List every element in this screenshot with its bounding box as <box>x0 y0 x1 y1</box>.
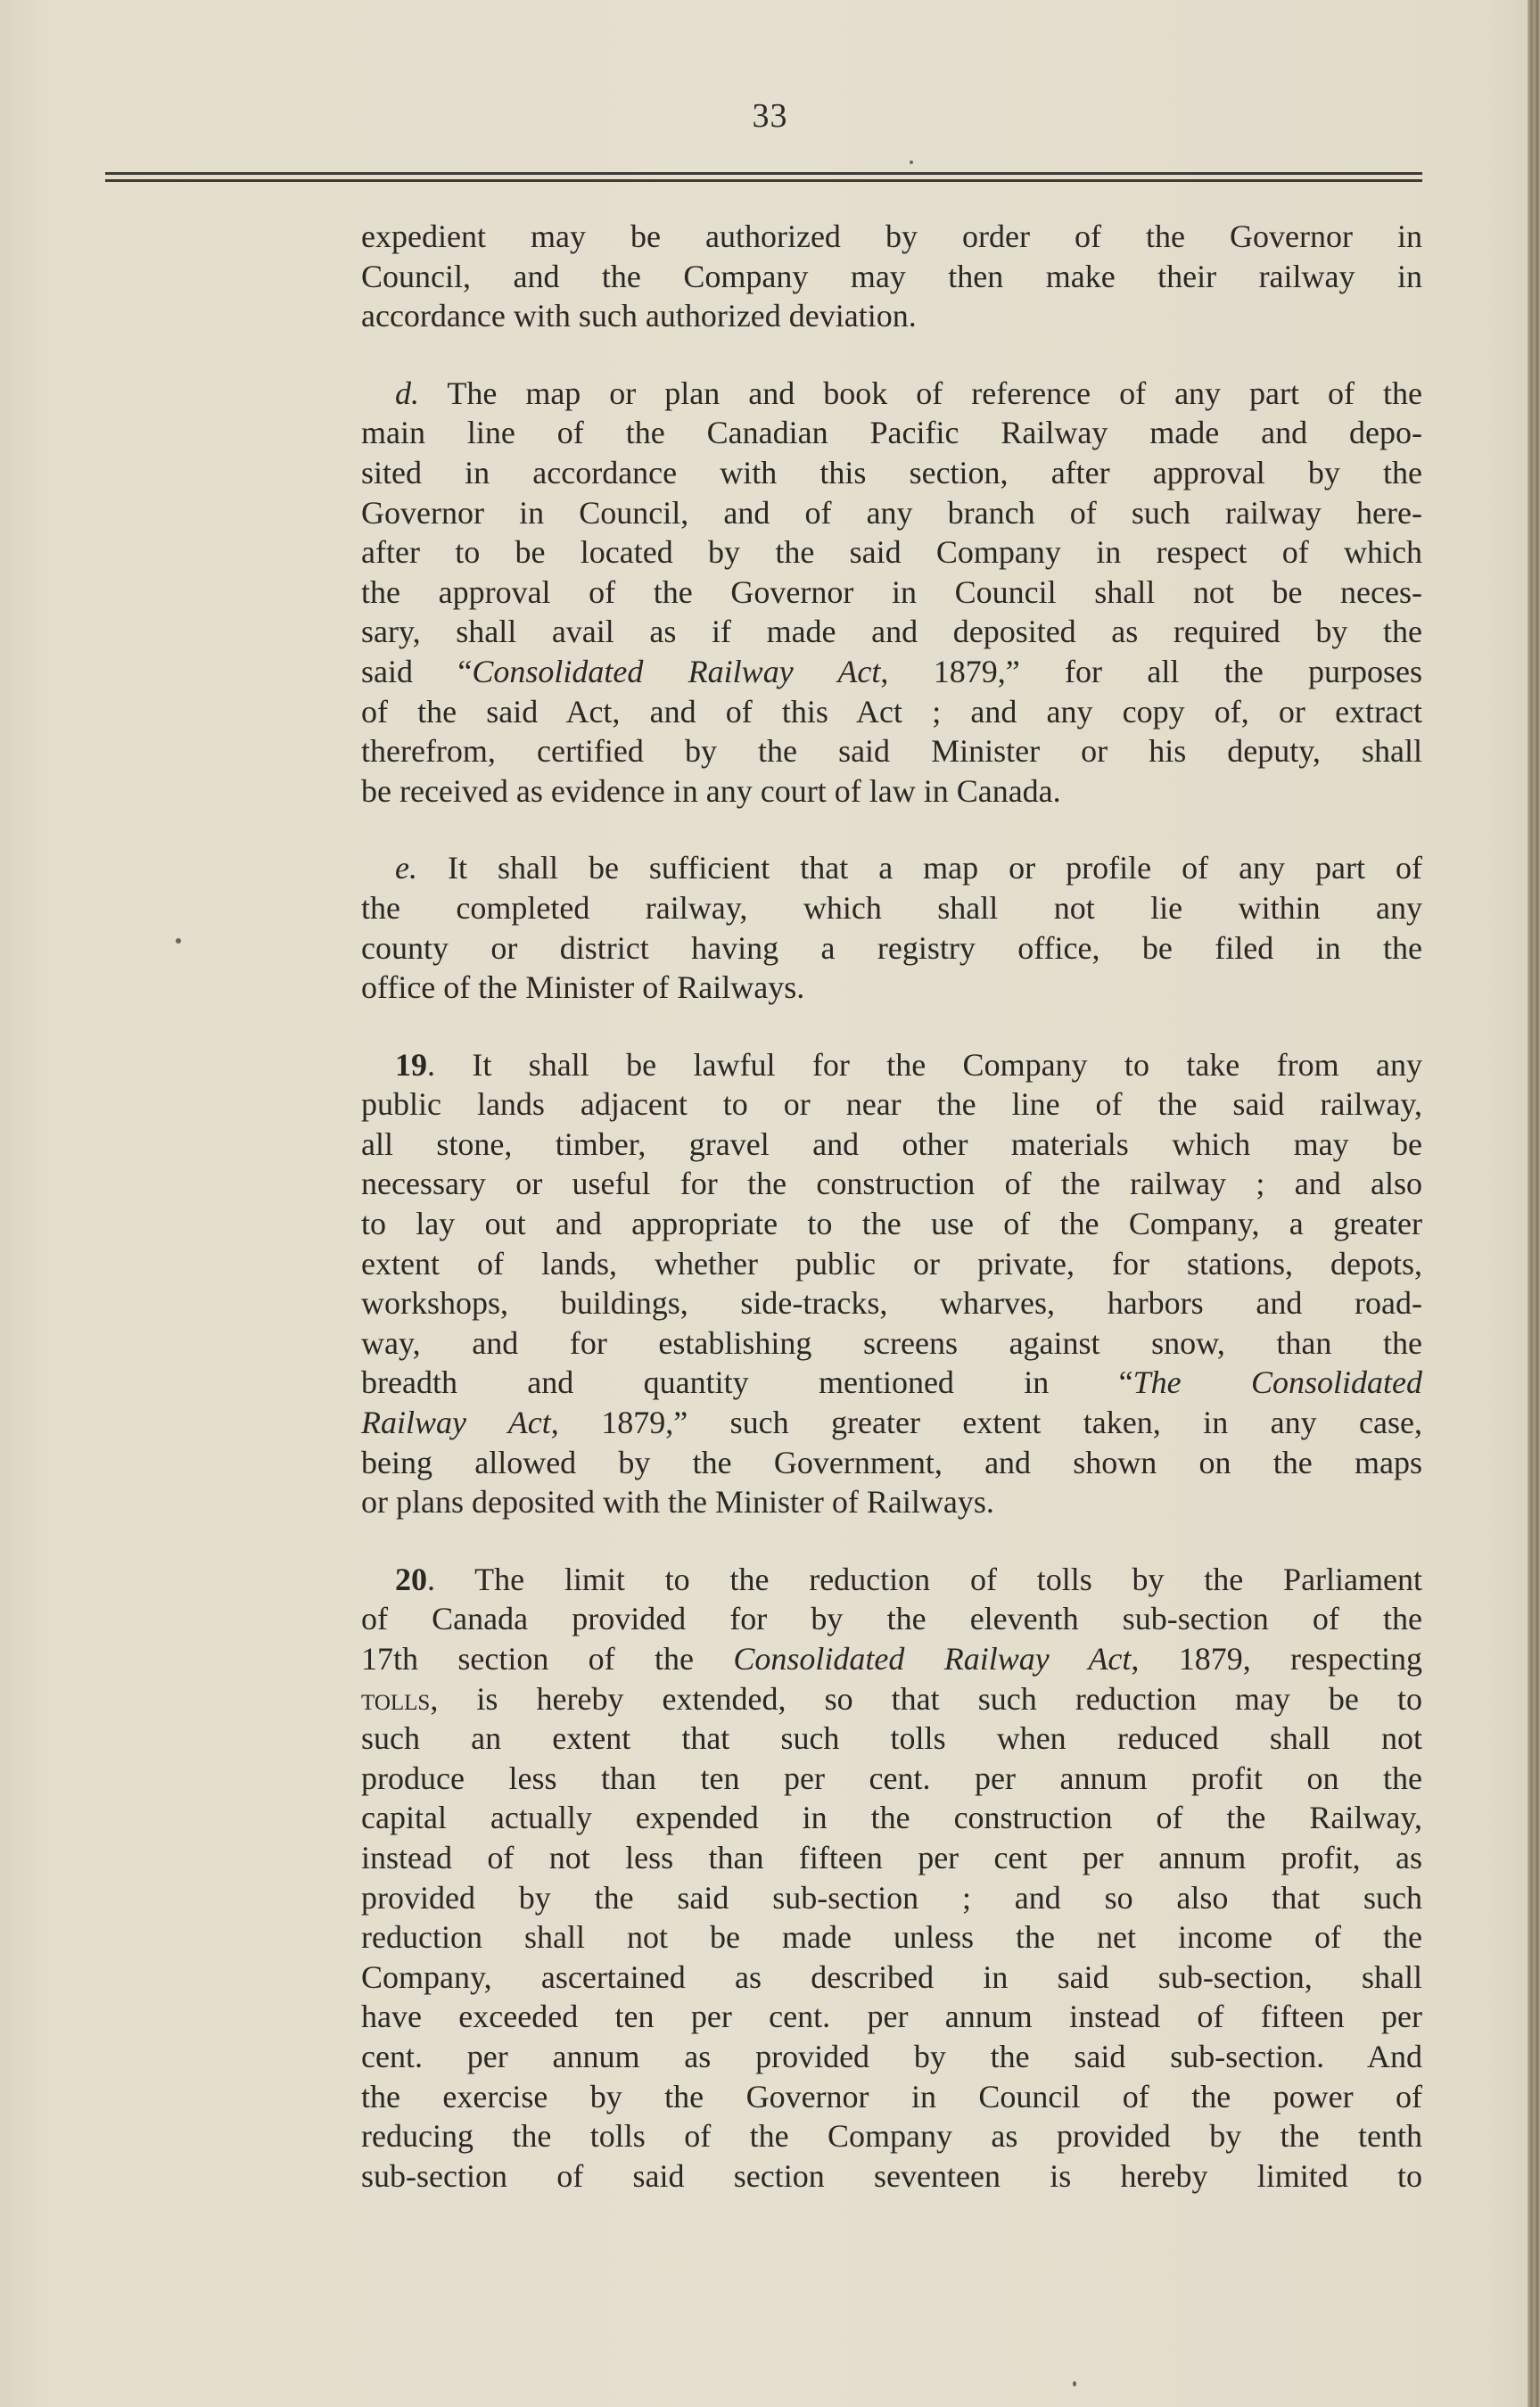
paper-speck <box>1073 2381 1076 2386</box>
act-title-italic: The Consolidated <box>1133 1364 1422 1400</box>
act-title-italic: Railway Act <box>361 1405 551 1440</box>
text-line: accordance with such authorized deviatio… <box>361 296 1422 336</box>
page-edge-shadow <box>1528 0 1540 2407</box>
text-line: produce less than ten per cent. per annu… <box>361 1759 1422 1799</box>
header-rule-bottom <box>105 179 1422 182</box>
paragraph-subsection-e: e. It shall be sufficient that a map or … <box>361 848 1422 1007</box>
text-line: reduction shall not be made unless the n… <box>361 1917 1422 1958</box>
text-line: workshops, buildings, side-tracks, wharv… <box>361 1283 1422 1323</box>
text-line: sited in accordance with this section, a… <box>361 453 1422 493</box>
text-run: , 1879,” for all the purposes <box>880 654 1422 689</box>
text-run: , is hereby extended, so that such reduc… <box>430 1681 1422 1717</box>
document-page: 33 expedient may be authorized by order … <box>0 0 1540 2407</box>
paragraph-section-20: 20. The limit to the reduction of tolls … <box>361 1560 1422 2197</box>
text-line: necessary or useful for the construction… <box>361 1164 1422 1204</box>
text-run: It shall be sufficient that a map or pro… <box>417 850 1422 886</box>
paragraph-section-19: 19. It shall be lawful for the Company t… <box>361 1045 1422 1522</box>
text-line: be received as evidence in any court of … <box>361 771 1422 812</box>
text-line: of the said Act, and of this Act ; and a… <box>361 692 1422 732</box>
paper-speck <box>910 161 913 164</box>
text-line: main line of the Canadian Pacific Railwa… <box>361 413 1422 453</box>
text-line: have exceeded ten per cent. per annum in… <box>361 1997 1422 2037</box>
paragraph-subsection-d: d. The map or plan and book of reference… <box>361 374 1422 812</box>
header-rule-top <box>105 172 1422 175</box>
text-line: being allowed by the Government, and sho… <box>361 1443 1422 1483</box>
text-line: sary, shall avail as if made and deposit… <box>361 612 1422 652</box>
text-run: . It shall be lawful for the Company to … <box>427 1047 1422 1083</box>
text-line: Company, ascertained as described in sai… <box>361 1958 1422 1998</box>
section-number: 20 <box>395 1562 427 1597</box>
text-line: cent. per annum as provided by the said … <box>361 2037 1422 2077</box>
text-line: tolls, is hereby extended, so that such … <box>361 1679 1422 1719</box>
text-line: public lands adjacent to or near the lin… <box>361 1084 1422 1125</box>
text-line: the approval of the Governor in Council … <box>361 573 1422 613</box>
paragraph-continuation: expedient may be authorized by order of … <box>361 217 1422 336</box>
text-line: way, and for establishing screens agains… <box>361 1323 1422 1364</box>
text-line: or plans deposited with the Minister of … <box>361 1482 1422 1522</box>
text-line: office of the Minister of Railways. <box>361 968 1422 1008</box>
text-line: sub-section of said section seventeen is… <box>361 2156 1422 2197</box>
text-line: 17th section of the Consolidated Railway… <box>361 1639 1422 1679</box>
text-line: expedient may be authorized by order of … <box>361 217 1422 257</box>
paper-speck <box>176 938 181 944</box>
text-run: The map or plan and book of reference of… <box>419 375 1422 411</box>
text-line: said “Consolidated Railway Act, 1879,” f… <box>361 652 1422 692</box>
subsection-marker: e. <box>395 850 417 886</box>
text-line: provided by the said sub-section ; and s… <box>361 1878 1422 1918</box>
text-run: , 1879,” such greater extent taken, in a… <box>551 1405 1422 1440</box>
text-run: , 1879, respecting <box>1131 1641 1422 1677</box>
text-line: 19. It shall be lawful for the Company t… <box>361 1045 1422 1085</box>
text-line: the exercise by the Governor in Council … <box>361 2077 1422 2117</box>
text-line: such an extent that such tolls when redu… <box>361 1719 1422 1759</box>
text-line: d. The map or plan and book of reference… <box>361 374 1422 414</box>
text-line: of Canada provided for by the eleventh s… <box>361 1599 1422 1639</box>
tolls-smallcaps: tolls <box>361 1681 430 1717</box>
text-line: all stone, timber, gravel and other mate… <box>361 1125 1422 1165</box>
body-text: expedient may be authorized by order of … <box>361 217 1422 2196</box>
text-line: 20. The limit to the reduction of tolls … <box>361 1560 1422 1600</box>
text-line: e. It shall be sufficient that a map or … <box>361 848 1422 888</box>
text-line: therefrom, certified by the said Ministe… <box>361 731 1422 771</box>
page-number: 33 <box>0 96 1540 136</box>
text-line: Governor in Council, and of any branch o… <box>361 493 1422 533</box>
text-line: the completed railway, which shall not l… <box>361 888 1422 928</box>
act-title-italic: Consolidated Railway Act <box>472 654 880 689</box>
subsection-marker: d. <box>395 375 419 411</box>
text-line: Council, and the Company may then make t… <box>361 257 1422 297</box>
text-line: Railway Act, 1879,” such greater extent … <box>361 1403 1422 1443</box>
text-line: capital actually expended in the constru… <box>361 1798 1422 1838</box>
text-line: county or district having a registry off… <box>361 928 1422 969</box>
text-line: instead of not less than fifteen per cen… <box>361 1838 1422 1878</box>
text-line: after to be located by the said Company … <box>361 532 1422 573</box>
text-line: breadth and quantity mentioned in “The C… <box>361 1363 1422 1403</box>
section-number: 19 <box>395 1047 427 1083</box>
text-line: to lay out and appropriate to the use of… <box>361 1204 1422 1244</box>
text-run: 17th section of the <box>361 1641 733 1677</box>
text-run: . The limit to the reduction of tolls by… <box>427 1562 1422 1597</box>
text-line: extent of lands, whether public or priva… <box>361 1244 1422 1284</box>
text-run: said “ <box>361 654 472 689</box>
text-line: reducing the tolls of the Company as pro… <box>361 2116 1422 2156</box>
act-title-italic: Consolidated Railway Act <box>733 1641 1131 1677</box>
text-run: breadth and quantity mentioned in “ <box>361 1364 1133 1400</box>
